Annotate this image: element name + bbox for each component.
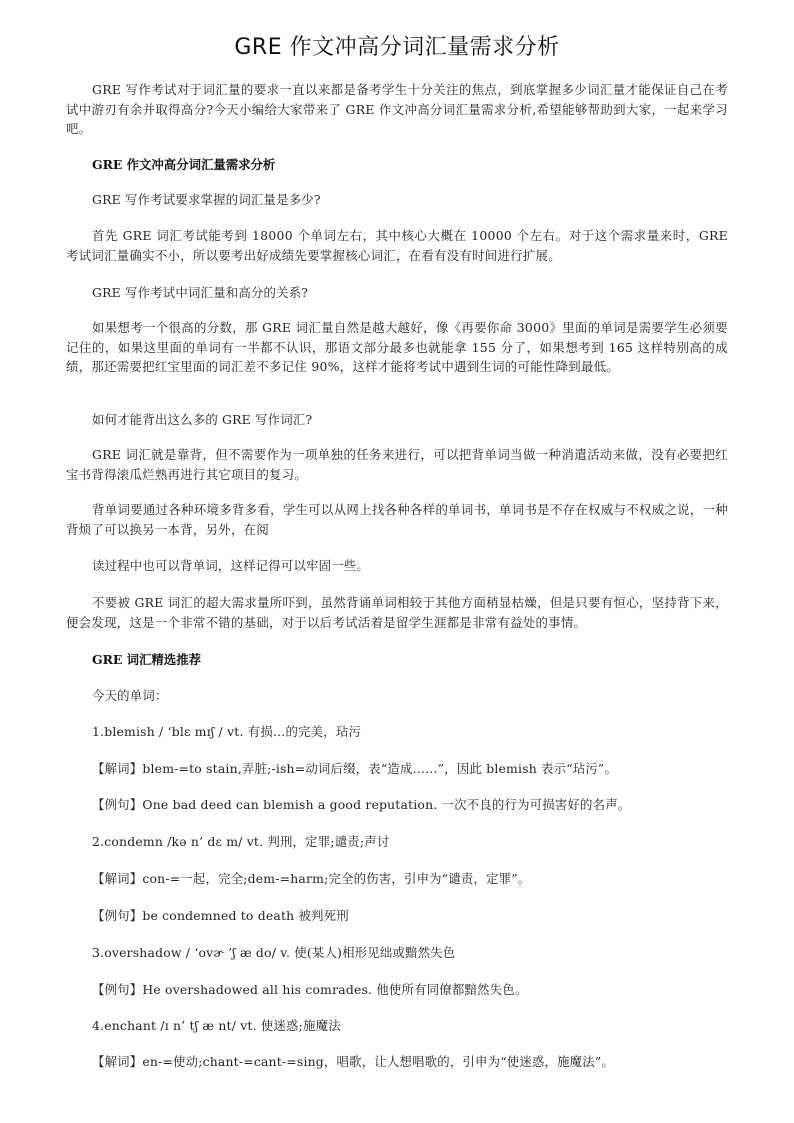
answer-memorize-1: GRE 词汇就是靠背，但不需要作为一项单独的任务来进行，可以把背单词当做一种消遣… bbox=[66, 445, 728, 484]
question-how-to-memorize: 如何才能背出这么多的 GRE 写作词汇? bbox=[92, 410, 728, 429]
document-title: GRE 作文冲高分词汇量需求分析 bbox=[66, 30, 728, 61]
answer-vocab-size: 首先 GRE 词汇考试能考到 18000 个单词左右，其中核心大概在 10000… bbox=[66, 226, 728, 265]
word-explanation-enchant: 【解词】en-=使动;chant-=cant-=sing，唱歌，让人想唱歌的，引… bbox=[92, 1052, 728, 1071]
word-entry-condemn: 2.condemn /kə n’ dɛ m/ vt. 判刑，定罪;谴责;声讨 bbox=[92, 832, 728, 851]
answer-vocab-score: 如果想考一个很高的分数，那 GRE 词汇量自然是越大越好，像《再要你命 3000… bbox=[66, 318, 728, 377]
word-example-overshadow: 【例句】He overshadowed all his comrades. 他使… bbox=[92, 980, 728, 999]
word-entry-enchant: 4.enchant /ɪ n’ tʃ æ nt/ vt. 使迷惑;施魔法 bbox=[92, 1016, 728, 1035]
question-vocab-size: GRE 写作考试要求掌握的词汇量是多少? bbox=[92, 190, 728, 209]
word-example-blemish: 【例句】One bad deed can blemish a good repu… bbox=[92, 795, 728, 814]
section-heading-recommend: GRE 词汇精选推荐 bbox=[92, 650, 201, 669]
today-words-label: 今天的单词： bbox=[92, 686, 728, 705]
section-heading-analysis: GRE 作文冲高分词汇量需求分析 bbox=[92, 155, 275, 174]
word-entry-overshadow: 3.overshadow / ‘ovɚ ’ʃ æ do/ v. 使(某人)相形见… bbox=[92, 943, 728, 962]
intro-paragraph: GRE 写作考试对于词汇量的要求一直以来都是备考学生十分关注的焦点，到底掌握多少… bbox=[66, 80, 728, 139]
answer-encouragement: 不要被 GRE 词汇的超大需求量所吓到，虽然背诵单词相较于其他方面稍显枯燥，但是… bbox=[66, 593, 728, 632]
word-explanation-condemn: 【解词】con-=一起，完全;dem-=harm;完全的伤害，引申为“谴责，定罪… bbox=[92, 869, 728, 888]
answer-memorize-3: 读过程中也可以背单词，这样记得可以牢固一些。 bbox=[92, 556, 728, 575]
word-entry-blemish: 1.blemish / ‘blɛ mɪʃ / vt. 有损…的完美，玷污 bbox=[92, 722, 728, 741]
word-example-condemn: 【例句】be condemned to death 被判死刑 bbox=[92, 906, 728, 925]
word-explanation-blemish: 【解词】blem-=to stain,弄脏;-ish=动词后缀，表“造成……”，… bbox=[92, 759, 728, 778]
answer-memorize-2: 背单词要通过各种环境多背多看，学生可以从网上找各种各样的单词书，单词书是不存在权… bbox=[66, 500, 728, 539]
question-vocab-score: GRE 写作考试中词汇量和高分的关系? bbox=[92, 283, 728, 302]
